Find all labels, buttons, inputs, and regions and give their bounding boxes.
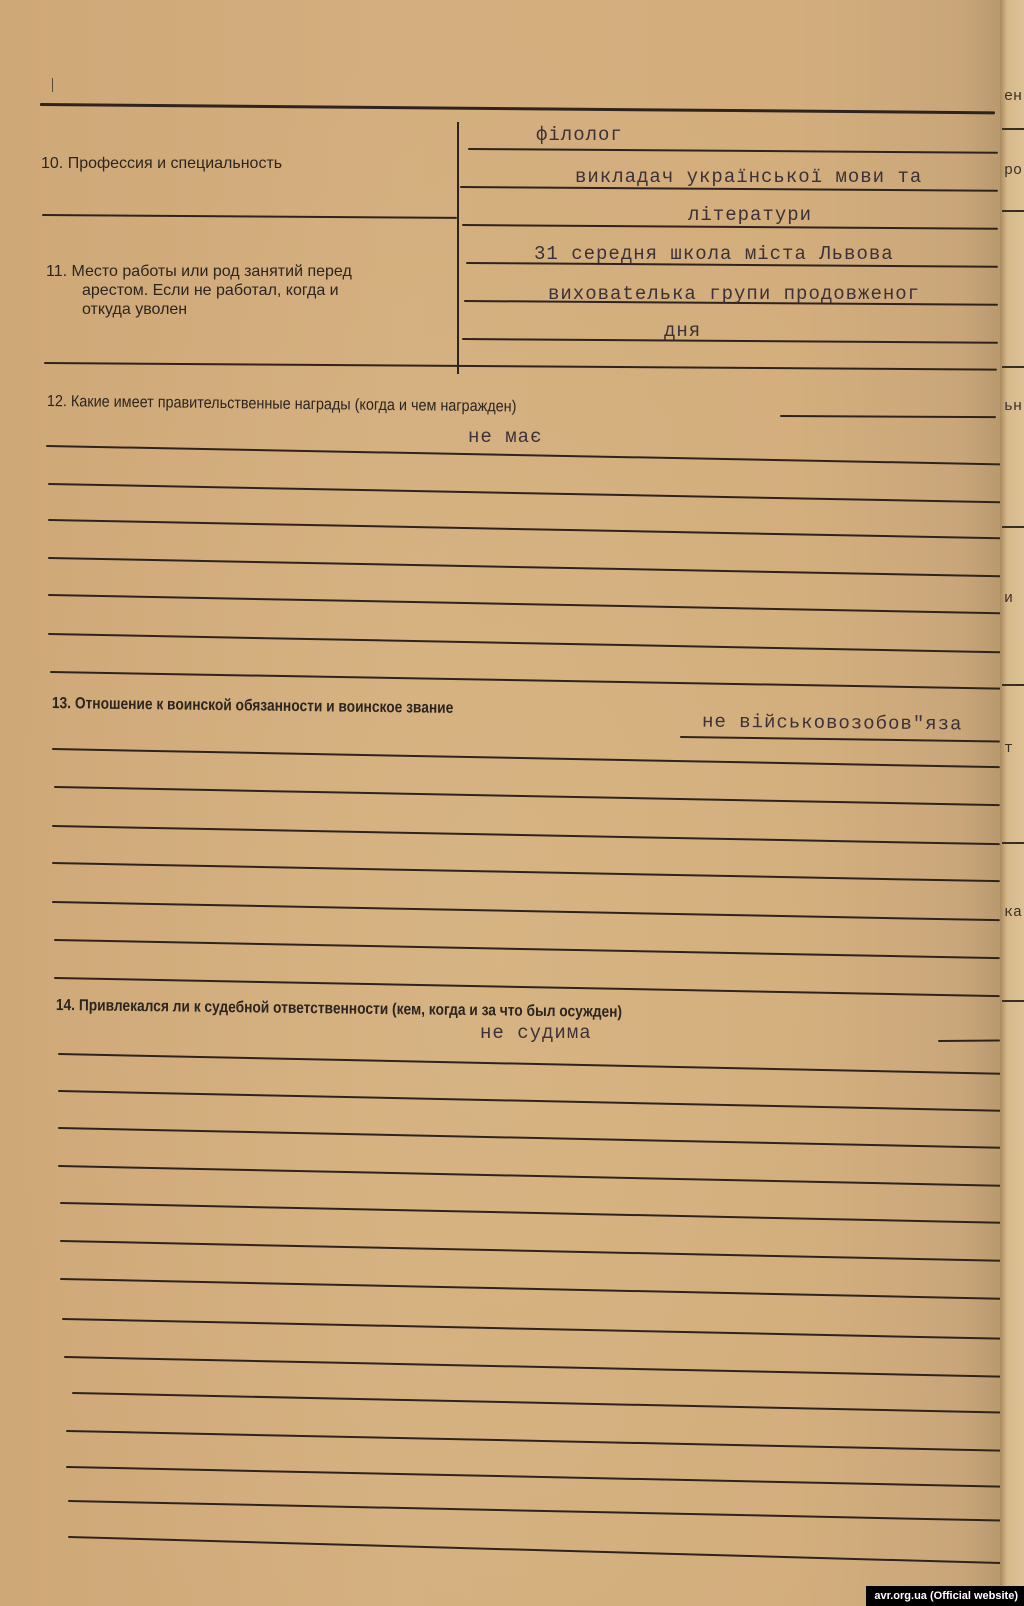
section-10-answer-2: викладач української мови та xyxy=(575,166,922,188)
edge-rule xyxy=(1002,128,1024,130)
section-12-line xyxy=(48,557,1001,577)
edge-rule xyxy=(1002,210,1024,212)
section-14-line xyxy=(68,1536,1002,1564)
section-13-line xyxy=(52,748,1000,768)
section-13-line xyxy=(54,977,1000,997)
section-10-bottom-rule xyxy=(42,214,457,219)
section-14-line xyxy=(60,1202,1002,1224)
section-10-answer-3: літератури xyxy=(688,204,812,226)
section-11-answer-2: виховаtелька групи продовженог xyxy=(548,283,920,305)
edge-rule xyxy=(1002,684,1024,686)
section-12-label: 12. Какие имеет правительственные наград… xyxy=(47,392,517,416)
table-column-divider xyxy=(457,122,459,374)
section-14-line xyxy=(66,1466,1002,1488)
section-13-line xyxy=(54,786,1000,806)
section-11-label-line2: арестом. Если не работал, когда и xyxy=(46,281,446,300)
section-13-label: 13. Отношение к воинской обязанности и в… xyxy=(52,694,454,718)
adjacent-page-edge: ен ро ьн и т ка xyxy=(1000,0,1024,1606)
edge-rule xyxy=(1002,366,1024,368)
edge-text-fragment: и xyxy=(1004,590,1013,607)
edge-text-fragment: т xyxy=(1004,740,1013,757)
section-13-answer: не військовозобов"яза xyxy=(702,711,963,736)
section-14-line xyxy=(58,1053,1002,1075)
section-14-line xyxy=(72,1392,1002,1413)
section-14-line xyxy=(58,1165,1002,1187)
edge-text-fragment: ро xyxy=(1004,162,1022,179)
section-14-inline-line xyxy=(938,1039,1000,1042)
section-14-label: 14. Привлекался ли к судебной ответствен… xyxy=(56,996,622,1022)
section-11-answer-1: 31 середня школа міста Львова xyxy=(534,243,894,265)
section-12-inline-line xyxy=(780,415,996,418)
edge-rule xyxy=(1002,1000,1024,1002)
edge-rule xyxy=(1002,526,1024,528)
section-10-label: 10. Профессия и специальность xyxy=(41,154,282,173)
section-13-line xyxy=(52,862,1000,882)
section-12-line xyxy=(48,519,1001,539)
section-13-line xyxy=(52,901,1000,921)
section-14-line xyxy=(64,1356,1002,1378)
section-11-label-line1: 11. Место работы или род занятий перед xyxy=(46,262,446,281)
top-rule xyxy=(40,103,995,114)
section-10-answer-1: філолог xyxy=(536,124,623,146)
edge-text-fragment: ен xyxy=(1004,88,1022,105)
section-14-line xyxy=(68,1500,1002,1522)
margin-mark xyxy=(52,78,53,92)
section-14-line xyxy=(62,1318,1002,1340)
section-14-line xyxy=(60,1240,1002,1262)
edge-rule xyxy=(1002,842,1024,844)
section-14-line xyxy=(60,1278,1002,1300)
section-13-inline-line xyxy=(680,736,1000,742)
section-13-line xyxy=(52,825,1000,845)
section-11-bottom-rule xyxy=(44,362,997,371)
section-14-answer: не судима xyxy=(480,1022,592,1044)
edge-text-fragment: ьн xyxy=(1004,398,1022,415)
section-12-line xyxy=(46,445,1001,465)
section-14-line xyxy=(58,1127,1002,1149)
section-12-line xyxy=(48,594,1001,614)
section-12-line xyxy=(48,483,1001,503)
section-11-answer-3: дня xyxy=(664,320,701,342)
answer-line xyxy=(462,338,998,344)
section-14-line xyxy=(58,1090,1002,1112)
source-watermark: avr.org.ua (Official website) xyxy=(866,1586,1024,1606)
section-12-line xyxy=(48,633,1001,653)
answer-line xyxy=(468,148,998,154)
section-11-label-line3: откуда уволен xyxy=(46,300,446,319)
section-14-line xyxy=(66,1430,1002,1452)
document-page: 10. Профессия и специальность 11. Место … xyxy=(0,0,1000,1606)
section-11-label: 11. Место работы или род занятий перед а… xyxy=(46,262,446,319)
section-12-answer: не має xyxy=(468,426,542,448)
edge-text-fragment: ка xyxy=(1004,904,1022,921)
section-12-line xyxy=(50,671,1001,690)
section-13-line xyxy=(54,939,1000,959)
